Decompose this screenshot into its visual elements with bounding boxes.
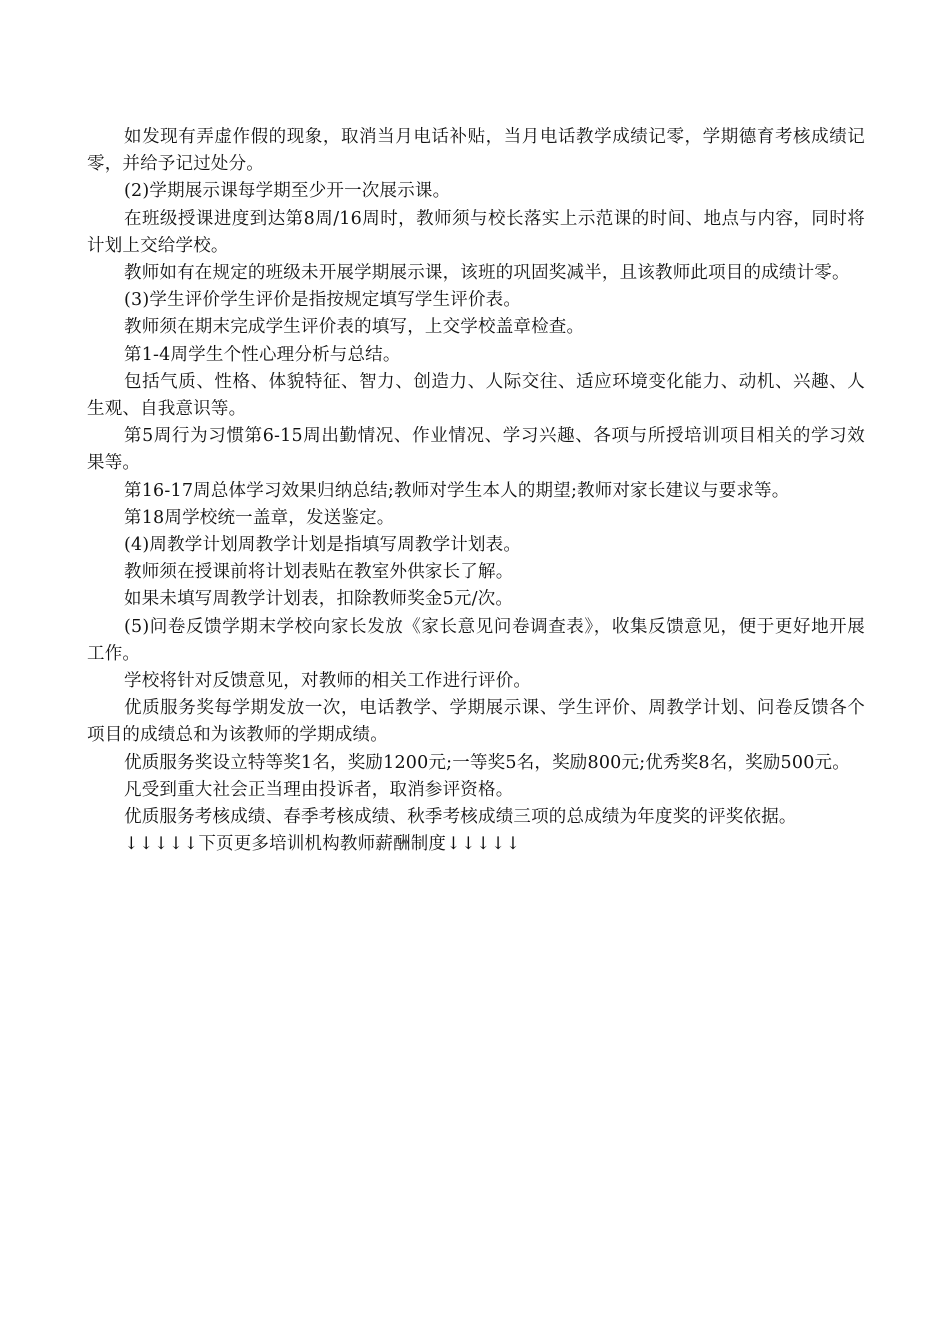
paragraph-annual-award-basis: 优质服务考核成绩、春季考核成绩、秋季考核成绩三项的总成绩为年度奖的评奖依据。 [87, 804, 865, 831]
paragraph-student-evaluation-heading: (3)学生评价学生评价是指按规定填写学生评价表。 [87, 287, 865, 314]
paragraph-weekly-plan-penalty: 如果未填写周教学计划表，扣除教师奖金5元/次。 [87, 586, 865, 613]
paragraph-weekly-plan-posting: 教师须在授课前将计划表贴在教室外供家长了解。 [87, 559, 865, 586]
paragraph-quality-award-prizes: 优质服务奖设立特等奖1名，奖励1200元;一等奖5名，奖励800元;优秀奖8名，… [87, 750, 865, 777]
paragraph-showcase-class-penalty: 教师如有在规定的班级未开展学期展示课，该班的巩固奖减半，且该教师此项目的成绩计零… [87, 260, 865, 287]
paragraph-questionnaire-evaluation: 学校将针对反馈意见，对教师的相关工作进行评价。 [87, 668, 865, 695]
paragraph-weeks-16-17: 第16-17周总体学习效果归纳总结;教师对学生本人的期望;教师对家长建议与要求等… [87, 478, 865, 505]
paragraph-weekly-plan-heading: (4)周教学计划周教学计划是指填写周教学计划表。 [87, 532, 865, 559]
paragraph-quality-award-scoring: 优质服务奖每学期发放一次，电话教学、学期展示课、学生评价、周教学计划、问卷反馈各… [87, 695, 865, 749]
paragraph-showcase-class-schedule: 在班级授课进度到达第8周/16周时，教师须与校长落实上示范课的时间、地点与内容，… [87, 206, 865, 260]
paragraph-showcase-class-heading: (2)学期展示课每学期至少开一次展示课。 [87, 178, 865, 205]
paragraph-weeks-5-15: 第5周行为习惯第6-15周出勤情况、作业情况、学习兴趣、各项与所授培训项目相关的… [87, 423, 865, 477]
paragraph-disqualification: 凡受到重大社会正当理由投诉者，取消参评资格。 [87, 777, 865, 804]
document-page: 如发现有弄虚作假的现象，取消当月电话补贴，当月电话教学成绩记零，学期德育考核成绩… [87, 124, 865, 858]
paragraph-phone-teaching-penalty: 如发现有弄虚作假的现象，取消当月电话补贴，当月电话教学成绩记零，学期德育考核成绩… [87, 124, 865, 178]
paragraph-questionnaire-heading: (5)问卷反馈学期末学校向家长发放《家长意见问卷调查表》，收集反馈意见，便于更好… [87, 614, 865, 668]
paragraph-week-18: 第18周学校统一盖章，发送鉴定。 [87, 505, 865, 532]
next-page-link-text: ↓↓↓↓↓下页更多培训机构教师薪酬制度↓↓↓↓↓ [87, 831, 865, 858]
paragraph-weeks-1-4: 第1-4周学生个性心理分析与总结。 [87, 342, 865, 369]
paragraph-student-evaluation-submit: 教师须在期末完成学生评价表的填写，上交学校盖章检查。 [87, 314, 865, 341]
paragraph-personality-items: 包括气质、性格、体貌特征、智力、创造力、人际交往、适应环境变化能力、动机、兴趣、… [87, 369, 865, 423]
